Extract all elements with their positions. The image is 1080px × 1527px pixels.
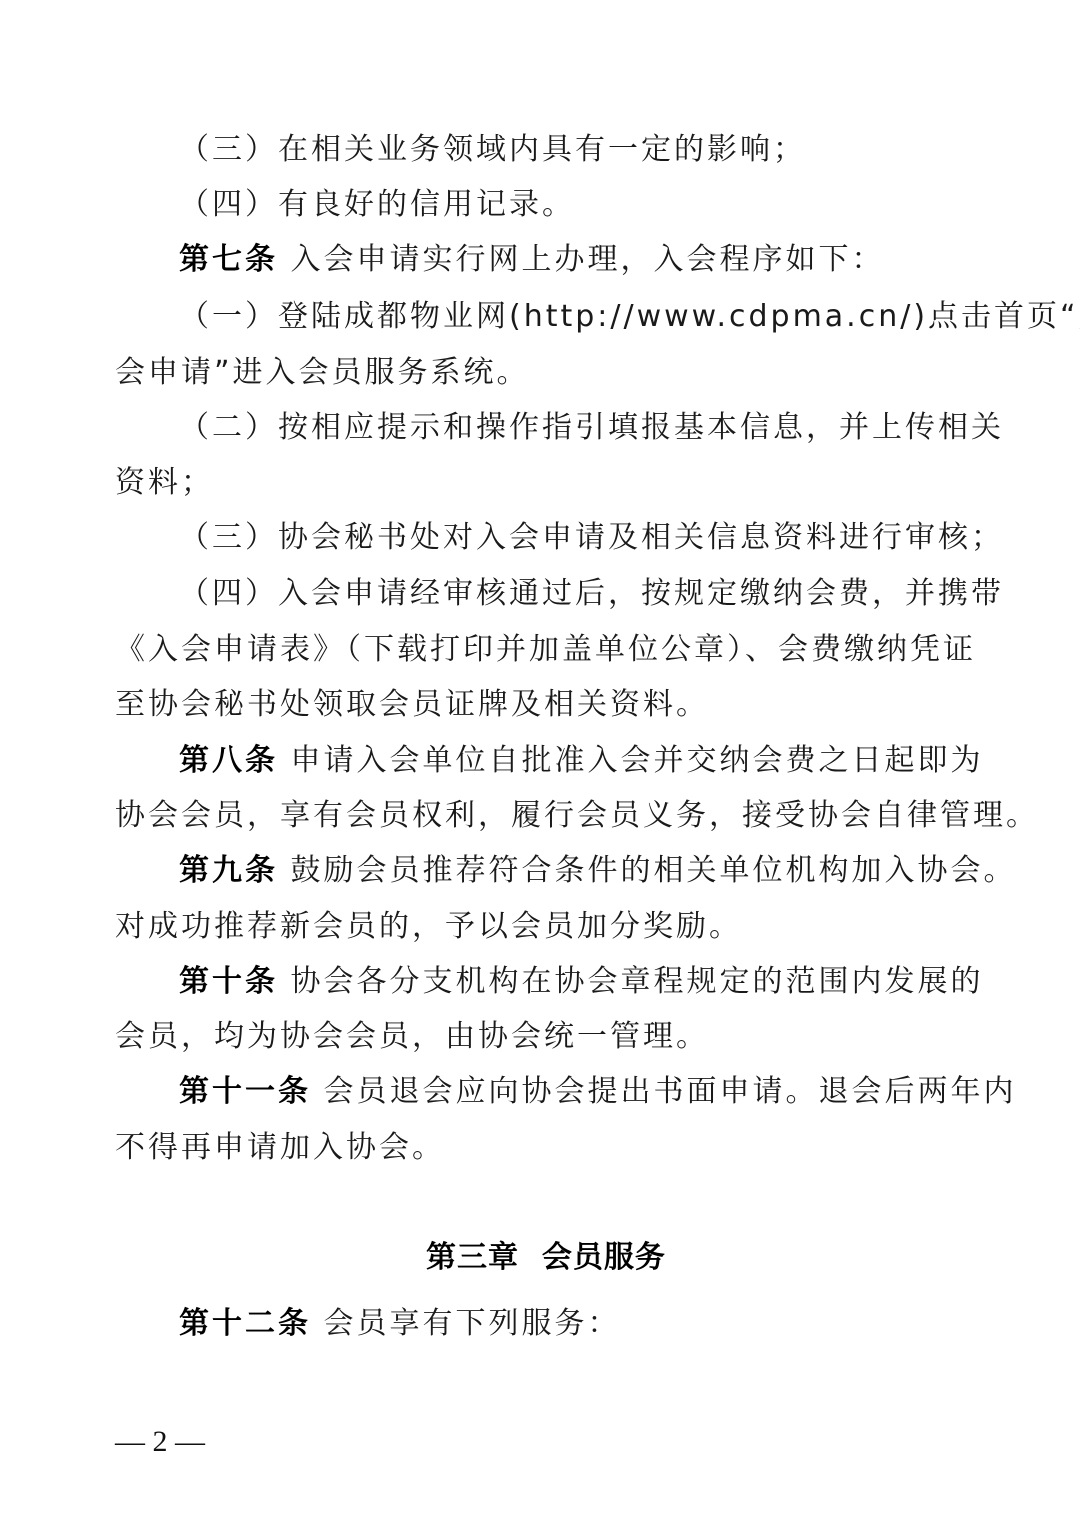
clause-four-credit: （四）有良好的信用记录。 <box>179 185 575 225</box>
text-line: （一）登陆成都物业网(http://www.cdpma.cn/)点击首页“入 <box>179 299 1080 334</box>
article-7-label: 第七条 <box>179 242 278 277</box>
text-line: （三）协会秘书处对入会申请及相关信息资料进行审核； <box>179 520 1004 555</box>
article-11-line-2: 不得再申请加入协会。 <box>115 1128 445 1168</box>
article-8-line-1: 第八条 申请入会单位自批准入会并交纳会费之日起即为 <box>179 741 984 781</box>
step-four-line-3: 至协会秘书处领取会员证牌及相关资料。 <box>115 685 709 725</box>
text-line: 资料； <box>115 465 214 500</box>
clause-three-influence: （三）在相关业务领域内具有一定的影响； <box>179 130 806 170</box>
page-number: — 2 — <box>115 1422 205 1462</box>
step-one-line-2: 会申请”进入会员服务系统。 <box>115 353 530 393</box>
article-12-label: 第十二条 <box>179 1306 311 1341</box>
text-line: 会申请”进入会员服务系统。 <box>115 355 530 390</box>
chapter-heading: 第三章 会员服务 <box>115 1238 977 1278</box>
article-10-line-2: 会员，均为协会会员，由协会统一管理。 <box>115 1017 709 1057</box>
article-10-line-1: 第十条 协会各分支机构在协会章程规定的范围内发展的 <box>179 962 984 1002</box>
step-one-line-1: （一）登陆成都物业网(http://www.cdpma.cn/)点击首页“入 <box>179 297 1080 337</box>
text-line: 不得再申请加入协会。 <box>115 1130 445 1165</box>
article-11-line-1: 第十一条 会员退会应向协会提出书面申请。退会后两年内 <box>179 1072 1017 1112</box>
text-line: 《入会申请表》（下载打印并加盖单位公章）、会费缴纳凭证 <box>115 632 976 667</box>
text-line: （二）按相应提示和操作指引填报基本信息，并上传相关 <box>179 410 1004 445</box>
text-line: （四）有良好的信用记录。 <box>179 187 575 222</box>
text-line: 申请入会单位自批准入会并交纳会费之日起即为 <box>291 743 984 778</box>
step-four-line-2: 《入会申请表》（下载打印并加盖单位公章）、会费缴纳凭证 <box>115 630 976 670</box>
text-line: 鼓励会员推荐符合条件的相关单位机构加入协会。 <box>291 853 1017 888</box>
article-11-label: 第十一条 <box>179 1074 311 1109</box>
step-three: （三）协会秘书处对入会申请及相关信息资料进行审核； <box>179 518 1004 558</box>
text-line: 会员退会应向协会提出书面申请。退会后两年内 <box>324 1074 1017 1109</box>
step-two-line-2: 资料； <box>115 463 214 503</box>
step-four-line-1: （四）入会申请经审核通过后，按规定缴纳会费，并携带 <box>179 574 1004 614</box>
text-line: 会员享有下列服务： <box>324 1306 621 1341</box>
text-line: 至协会秘书处领取会员证牌及相关资料。 <box>115 687 709 722</box>
article-10-label: 第十条 <box>179 964 278 999</box>
article-9-label: 第九条 <box>179 853 278 888</box>
text-line: 协会会员，享有会员权利，履行会员义务，接受协会自律管理。 <box>115 798 1039 833</box>
text-line: （三）在相关业务领域内具有一定的影响； <box>179 132 806 167</box>
article-7: 第七条 入会申请实行网上办理，入会程序如下： <box>179 240 885 280</box>
text-line: （四）入会申请经审核通过后，按规定缴纳会费，并携带 <box>179 576 1004 611</box>
article-9-line-2: 对成功推荐新会员的，予以会员加分奖励。 <box>115 907 742 947</box>
article-8-line-2: 协会会员，享有会员权利，履行会员义务，接受协会自律管理。 <box>115 796 1039 836</box>
text-line: 会员，均为协会会员，由协会统一管理。 <box>115 1019 709 1054</box>
text-line: 对成功推荐新会员的，予以会员加分奖励。 <box>115 909 742 944</box>
article-7-text: 入会申请实行网上办理，入会程序如下： <box>291 242 885 277</box>
step-two-line-1: （二）按相应提示和操作指引填报基本信息，并上传相关 <box>179 408 1004 448</box>
article-12: 第十二条 会员享有下列服务： <box>179 1304 621 1344</box>
text-line: 协会各分支机构在协会章程规定的范围内发展的 <box>291 964 984 999</box>
article-9-line-1: 第九条 鼓励会员推荐符合条件的相关单位机构加入协会。 <box>179 851 1017 891</box>
article-8-label: 第八条 <box>179 743 278 778</box>
